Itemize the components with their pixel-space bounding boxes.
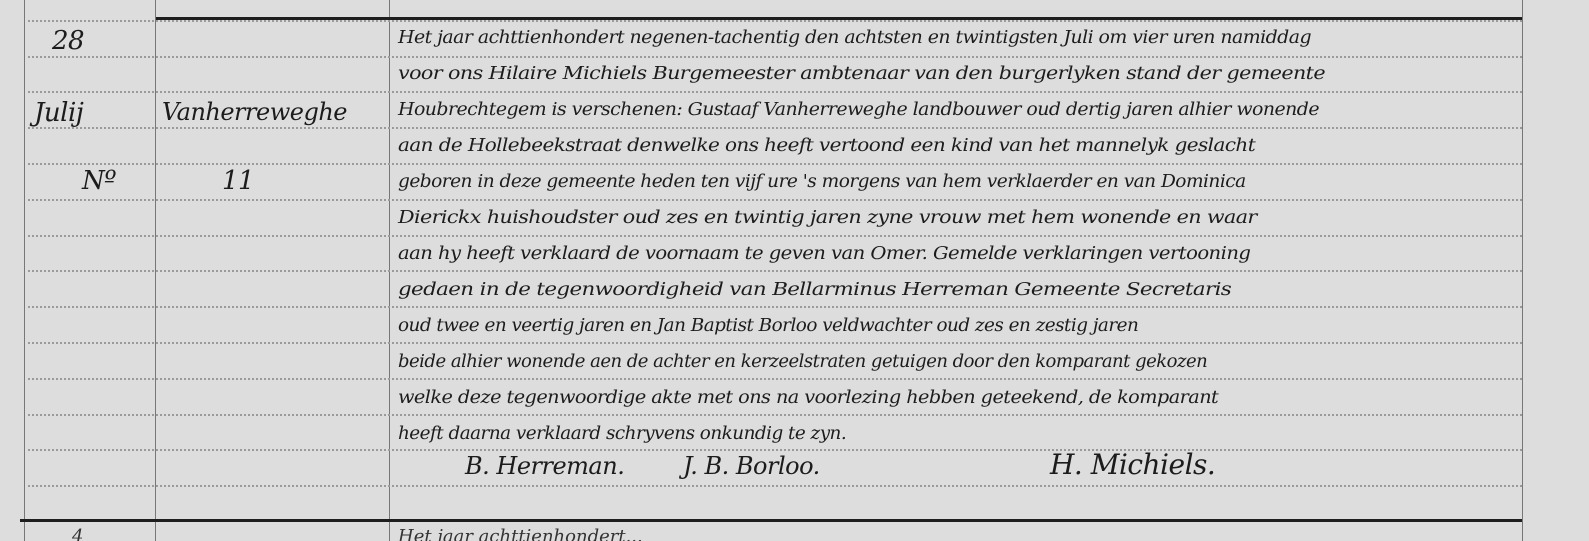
record-day: 28 [52,26,84,56]
signature-borloo: J. B. Borloo. [683,452,820,480]
writing-line [28,449,1522,451]
writing-line [28,235,1522,237]
writing-line [28,306,1522,308]
writing-line [28,127,1522,129]
writing-line [28,163,1522,165]
record-body-line: oud twee en veertig jaren en Jan Baptist… [398,316,1138,336]
signature-herreman: B. Herreman. [465,452,624,480]
record-body-line: Het jaar achttienhondert negenen-tachent… [398,28,1311,48]
writing-line [28,56,1522,58]
next-entry-day-stub: 4 [72,526,83,541]
record-body-line: geboren in deze gemeente heden ten vijf … [398,172,1246,192]
record-body-line: gedaen in de tegenwoordigheid van Bellar… [398,280,1231,300]
record-body-line: aan de Hollebeekstraat denwelke ons heef… [398,136,1255,156]
margin-line-right [1522,0,1523,541]
signature-michiels: H. Michiels. [1050,448,1215,481]
record-month: Julij [34,98,83,128]
record-body-line: beide alhier wonende aen de achter en ke… [398,352,1207,372]
record-number-label: Nº [82,166,116,196]
writing-line [28,20,1522,22]
writing-line [28,199,1522,201]
writing-line [28,485,1522,487]
writing-line [28,91,1522,93]
writing-line [28,414,1522,416]
record-body-line: aan hy heeft verklaard de voornaam te ge… [398,244,1250,264]
writing-line [28,270,1522,272]
record-surname: Vanherreweghe [162,98,347,126]
record-body-line: heeft daarna verklaard schryvens onkundi… [398,424,846,444]
entry-bottom-rule [20,519,1522,522]
record-body-line: Dierickx huishoudster oud zes en twintig… [398,208,1257,228]
margin-line-left [24,0,25,541]
ledger-page: 28 Julij Nº Vanherreweghe 11 Het jaar ac… [0,0,1589,541]
record-entry-number: 11 [222,166,254,196]
next-entry-body-stub: Het jaar achttienhondert... [398,526,643,541]
writing-line [28,342,1522,344]
record-body-line: voor ons Hilaire Michiels Burgemeester a… [398,64,1325,84]
writing-line [28,378,1522,380]
record-body-line: welke deze tegenwoordige akte met ons na… [398,388,1218,408]
record-body-line: Houbrechtegem is verschenen: Gustaaf Van… [398,100,1319,120]
